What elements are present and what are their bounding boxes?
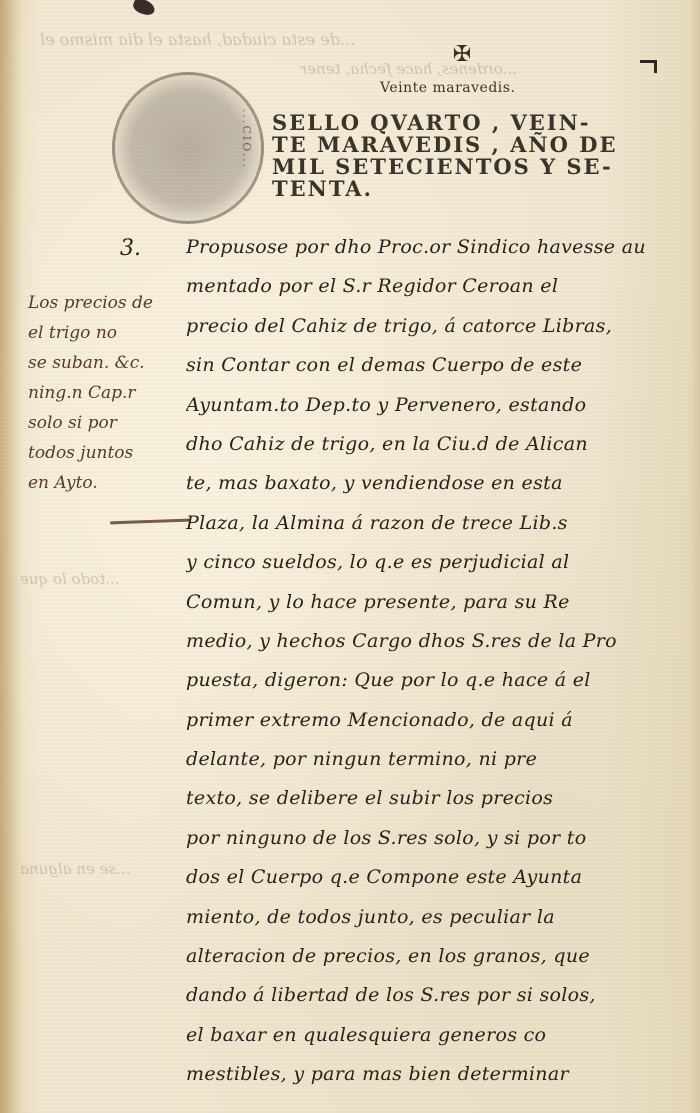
body-line: Comun, y lo hace presente, para su Re	[186, 583, 698, 622]
body-line: mestibles, y para mas bien determinar	[186, 1055, 698, 1094]
body-line: miento, de todos junto, es peculiar la	[186, 898, 698, 937]
bleed-through-text: ...de esta ciudad, hasta el dia mismo el	[40, 30, 355, 49]
body-line: precio del Cahiz de trigo, á catorce Lib…	[186, 307, 698, 346]
body-line: puesta, digeron: Que por lo q.e hace á e…	[186, 661, 698, 700]
manuscript-page: ...de esta ciudad, hasta el dia mismo el…	[0, 0, 700, 1113]
body-line: dos el Cuerpo q.e Compone este Ayunta	[186, 858, 698, 897]
margin-note-line: se suban. &c.	[28, 348, 178, 378]
body-line: primer extremo Mencionado, de aqui á	[186, 701, 698, 740]
body-line: el baxar en qualesquiera generos co	[186, 1016, 698, 1055]
stamp-block: SELLO QVARTO , VEIN- TE MARAVEDIS , AÑO …	[272, 112, 682, 200]
body-line: dando á libertad de los S.res por si sol…	[186, 976, 698, 1015]
margin-note-line: en Ayto.	[28, 468, 178, 498]
margin-underline	[110, 519, 190, 525]
cross-icon: ✠	[450, 43, 474, 67]
body-text: Propusose por dho Proc.or Sindico havess…	[186, 228, 698, 1095]
margin-note-line: ning.n Cap.r	[28, 378, 178, 408]
bleed-through-text: ...todo lo que	[20, 570, 120, 588]
stamp-line: SELLO QVARTO , VEIN-	[272, 112, 682, 134]
body-line: y cinco sueldos, lo q.e es perjudicial a…	[186, 543, 698, 582]
bleed-through-text: ...se en alguna	[20, 860, 131, 878]
margin-note-line: todos juntos	[28, 438, 178, 468]
stamp-line: TENTA.	[272, 178, 682, 200]
body-line: te, mas baxato, y vendiendose en esta	[186, 464, 698, 503]
body-line: dho Cahiz de trigo, en la Ciu.d de Alica…	[186, 425, 698, 464]
stamp-line: TE MARAVEDIS , AÑO DE	[272, 134, 682, 156]
body-line: Ayuntam.to Dep.to y Pervenero, estando	[186, 386, 698, 425]
bleed-through-text: ...ordenes, hace fecha, tener	[300, 60, 517, 78]
folio-number: 3.	[120, 236, 141, 261]
body-line: alteracion de precios, en los granos, qu…	[186, 937, 698, 976]
body-line: delante, por ningun termino, ni pre	[186, 740, 698, 779]
page-edge-stain	[0, 0, 22, 1113]
body-line: mentado por el S.r Regidor Ceroan el	[186, 267, 698, 306]
margin-note-line: Los precios de	[28, 288, 178, 318]
body-line: medio, y hechos Cargo dhos S.res de la P…	[186, 622, 698, 661]
body-line: sin Contar con el demas Cuerpo de este	[186, 346, 698, 385]
margin-note-line: solo si por	[28, 408, 178, 438]
corner-mark	[640, 60, 657, 73]
body-line: Plaza, la Almina á razon de trece Lib.s	[186, 504, 698, 543]
seal-text: ...CIO...	[240, 109, 253, 169]
ink-seal: ...CIO...	[112, 72, 264, 224]
stamp-value: Veinte maravedis.	[380, 80, 515, 96]
margin-note-line: el trigo no	[28, 318, 178, 348]
margin-note: Los precios de el trigo no se suban. &c.…	[28, 288, 178, 498]
body-line: por ninguno de los S.res solo, y si por …	[186, 819, 698, 858]
body-line: texto, se delibere el subir los precios	[186, 779, 698, 818]
stamp-line: MIL SETECIENTOS Y SE-	[272, 156, 682, 178]
body-line: Propusose por dho Proc.or Sindico havess…	[186, 228, 698, 267]
ink-blot	[131, 0, 156, 17]
